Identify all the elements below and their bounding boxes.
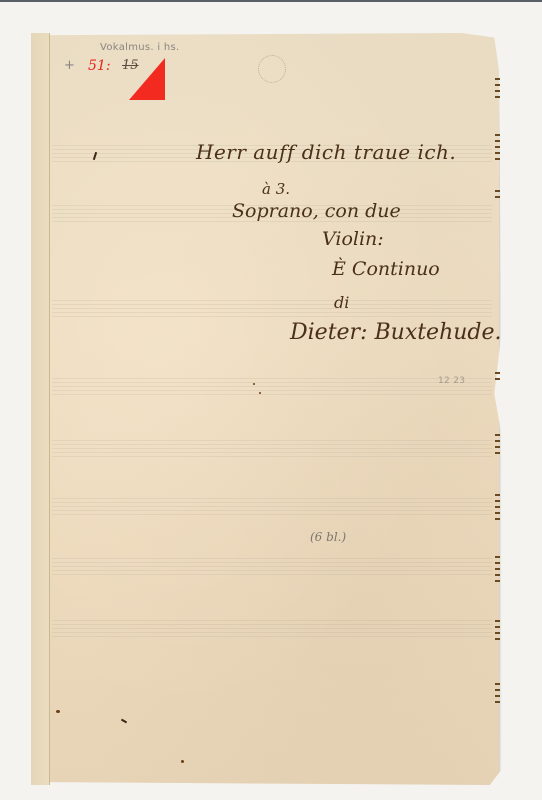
staff-system: [52, 378, 492, 396]
faint-bleed-numbers: 12 23: [438, 376, 465, 386]
staff-system: [52, 558, 492, 576]
staff-system: [52, 300, 492, 318]
edge-staff-ticks: [495, 556, 500, 582]
scoring-violin: Violin:: [322, 228, 384, 250]
binding-strip: [31, 33, 50, 785]
edge-staff-ticks: [495, 434, 500, 458]
stain-spot: [56, 710, 60, 713]
red-shelfmark: 51:: [88, 58, 111, 74]
stain-spot: [259, 392, 261, 394]
edge-staff-ticks: [495, 683, 500, 703]
stain-spot: [181, 760, 184, 763]
edge-staff-ticks: [495, 134, 500, 160]
scoring-continuo: È Continuo: [332, 258, 440, 280]
staff-system: [52, 620, 492, 638]
work-title: Herr auff dich traue ich.: [196, 140, 456, 164]
composer-name: Dieter: Buxtehude.: [290, 320, 502, 345]
edge-staff-ticks: [495, 494, 500, 520]
edge-staff-ticks: [495, 190, 500, 202]
pencil-catalog-note: Vokalmus. i hs.: [100, 42, 180, 53]
edge-staff-ticks: [495, 620, 500, 640]
library-stamp-icon: [258, 55, 286, 83]
scoring-soprano: Soprano, con due: [232, 200, 401, 222]
voice-count: à 3.: [262, 180, 290, 198]
pencil-hash-mark: +: [64, 58, 75, 73]
staff-system: [52, 498, 492, 516]
attribution-di: di: [334, 293, 349, 312]
scan-top-edge: [0, 0, 542, 2]
stain-spot: [253, 383, 255, 385]
edge-staff-ticks: [495, 372, 500, 384]
staff-system: [52, 440, 492, 458]
edge-staff-ticks: [495, 78, 500, 102]
folio-count-note: (6 bl.): [310, 530, 346, 544]
red-corner-tab-icon: [129, 58, 165, 100]
